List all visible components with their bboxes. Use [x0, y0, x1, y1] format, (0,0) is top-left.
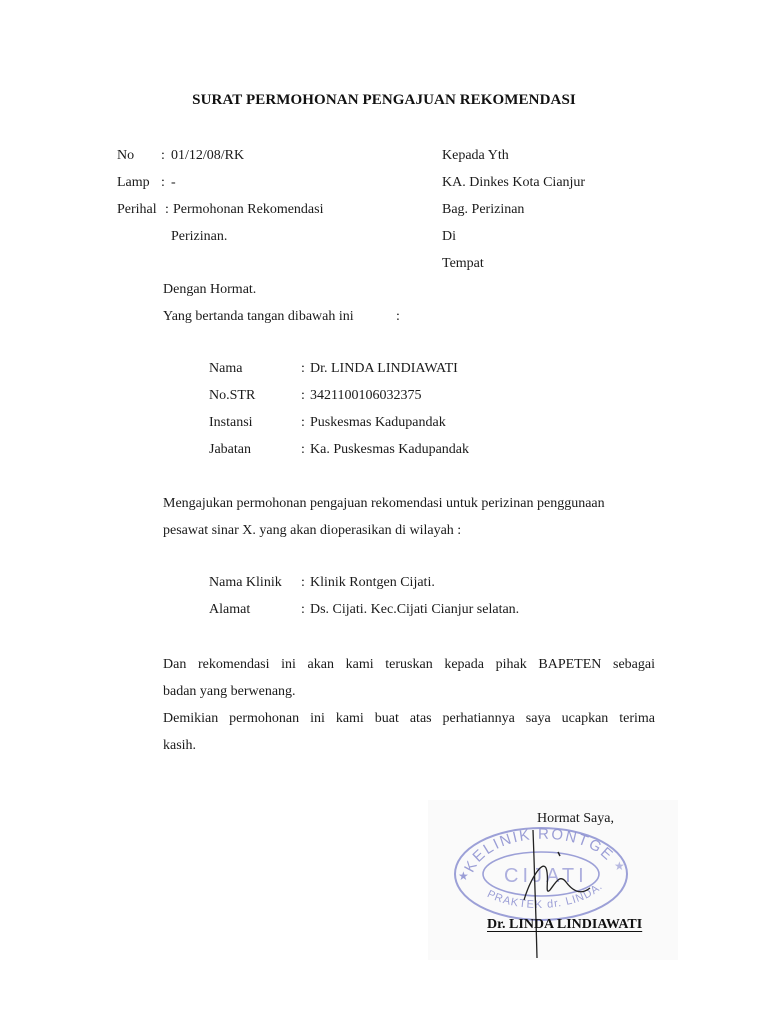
request-paragraph-line1: Mengajukan permohonan pengajuan rekomend…	[163, 491, 605, 517]
svg-text:★: ★	[458, 869, 469, 883]
applicant-value-nama: Dr. LINDA LINDIAWATI	[310, 356, 458, 382]
applicant-label-str: No.STR	[209, 383, 255, 409]
applicant-sep: :	[301, 437, 305, 463]
header-value-perihal-cont: Perizinan.	[171, 224, 227, 250]
applicant-sep: :	[301, 383, 305, 409]
header-value-no: 01/12/08/RK	[171, 143, 244, 169]
applicant-label-instansi: Instansi	[209, 410, 253, 436]
clinic-value-alamat: Ds. Cijati. Kec.Cijati Cianjur selatan.	[310, 597, 519, 623]
clinic-value-nama: Klinik Rontgen Cijati.	[310, 570, 435, 596]
header-sep-lamp: :	[161, 170, 165, 196]
closing-paragraph-2-line1: Demikian permohonan ini kami buat atas p…	[163, 706, 655, 732]
recipient-line: Kepada Yth	[442, 143, 509, 169]
closing-paragraph-1-line1: Dan rekomendasi ini akan kami teruskan k…	[163, 652, 655, 678]
header-sep-perihal: :	[165, 197, 169, 223]
clinic-label-nama: Nama Klinik	[209, 570, 282, 596]
applicant-sep: :	[301, 410, 305, 436]
applicant-label-nama: Nama	[209, 356, 242, 382]
recipient-line: KA. Dinkes Kota Cianjur	[442, 170, 585, 196]
header-label-lamp: Lamp	[117, 170, 150, 196]
header-value-perihal: Permohonan Rekomendasi	[173, 197, 323, 223]
clinic-sep: :	[301, 570, 305, 596]
closing-paragraph-1-line2: badan yang berwenang.	[163, 679, 296, 705]
recipient-line: Bag. Perizinan	[442, 197, 524, 223]
greeting: Dengan Hormat.	[163, 277, 256, 303]
intro-sep: :	[396, 304, 400, 330]
closing-paragraph-2-line2: kasih.	[163, 733, 196, 759]
applicant-sep: :	[301, 356, 305, 382]
request-paragraph-line2: pesawat sinar X. yang akan dioperasikan …	[163, 518, 461, 544]
signature-salutation: Hormat Saya,	[537, 811, 614, 827]
header-label-no: No	[117, 143, 134, 169]
intro-text: Yang bertanda tangan dibawah ini	[163, 304, 354, 330]
applicant-value-str: 3421100106032375	[310, 383, 421, 409]
header-sep-no: :	[161, 143, 165, 169]
clinic-sep: :	[301, 597, 305, 623]
document-title: SURAT PERMOHONAN PENGAJUAN REKOMENDASI	[0, 92, 768, 109]
applicant-value-jabatan: Ka. Puskesmas Kadupandak	[310, 437, 469, 463]
clinic-label-alamat: Alamat	[209, 597, 250, 623]
signature-icon	[520, 830, 620, 960]
header-label-perihal: Perihal	[117, 197, 157, 223]
recipient-line: Tempat	[442, 251, 484, 277]
header-value-lamp: -	[171, 170, 176, 196]
recipient-line: Di	[442, 224, 456, 250]
applicant-label-jabatan: Jabatan	[209, 437, 251, 463]
signatory-name: Dr. LINDA LINDIAWATI	[487, 917, 642, 933]
applicant-value-instansi: Puskesmas Kadupandak	[310, 410, 446, 436]
